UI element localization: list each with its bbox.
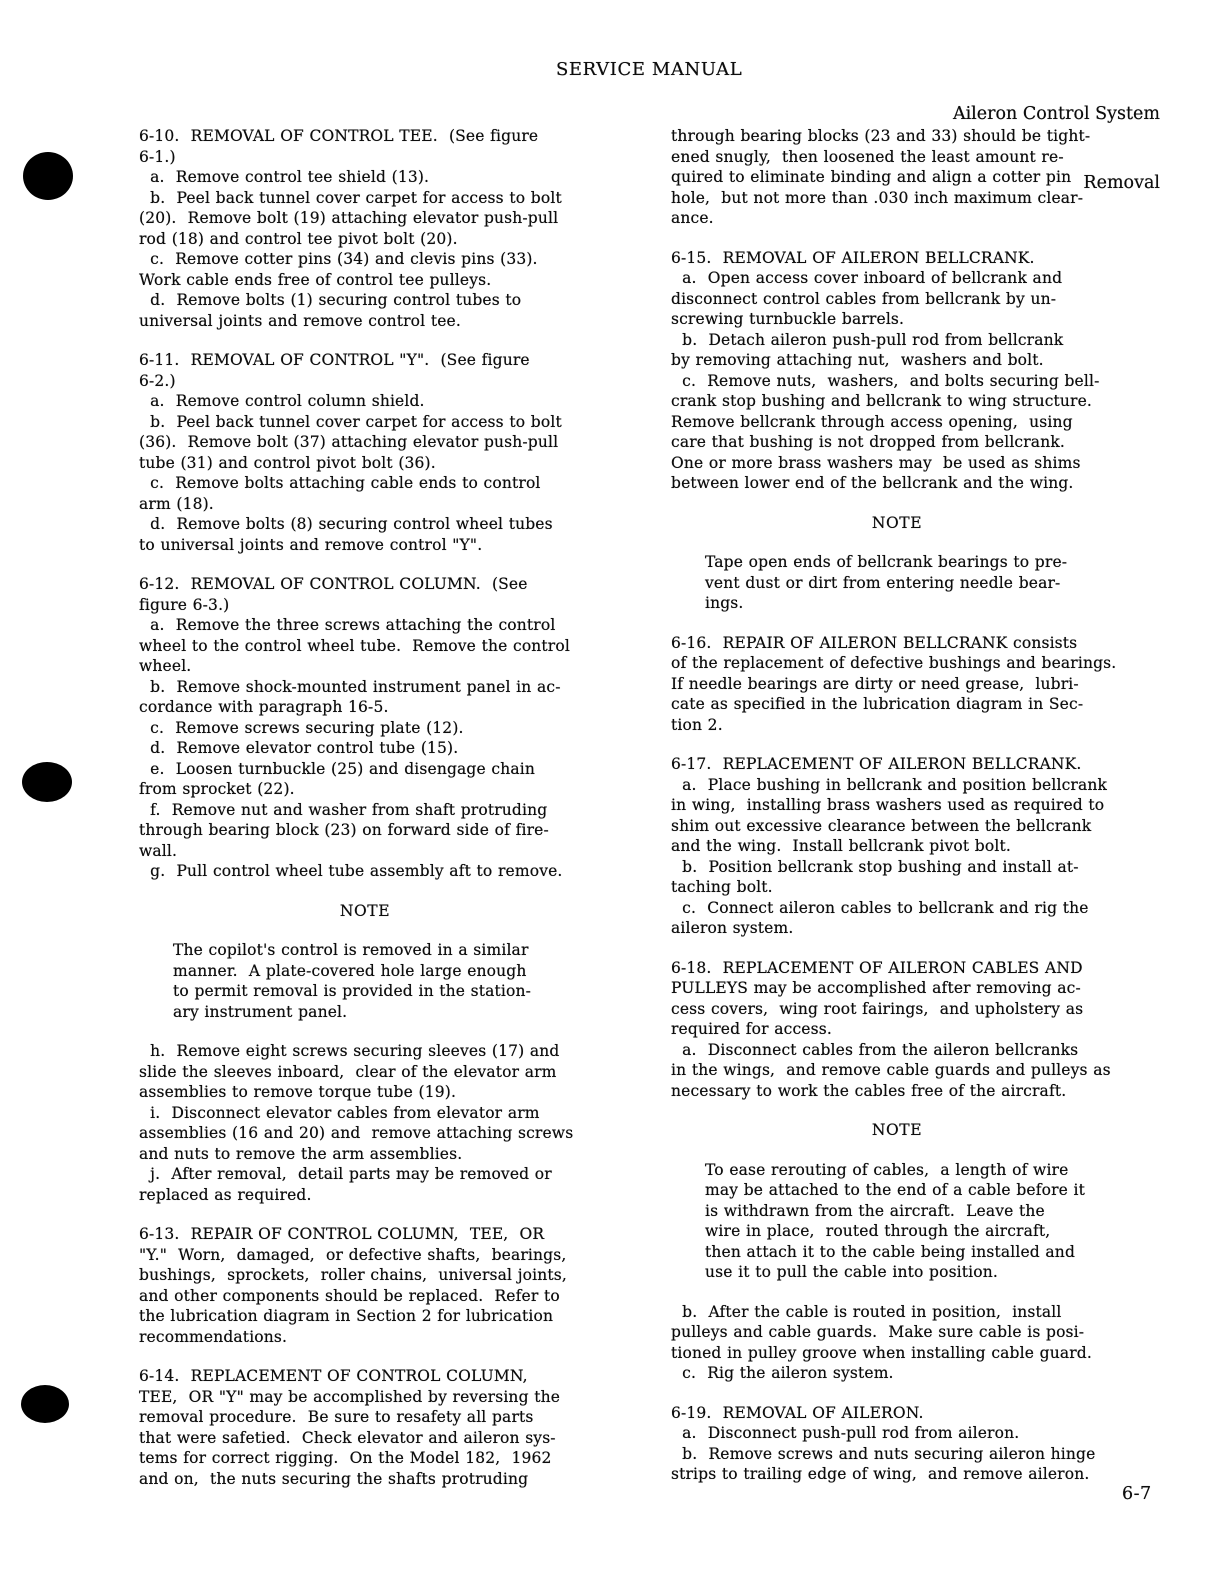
paragraph: 6-13. REPAIR OF CONTROL COLUMN, TEE, OR …	[139, 1224, 591, 1347]
note-heading: NOTE	[139, 901, 591, 922]
text-column-left: 6-10. REMOVAL OF CONTROL TEE. (See figur…	[139, 126, 591, 1508]
paragraph: 6-16. REPAIR OF AILERON BELLCRANK consis…	[671, 633, 1123, 736]
paragraph: 6-12. REMOVAL OF CONTROL COLUMN. (See fi…	[139, 574, 591, 882]
note-body: To ease rerouting of cables, a length of…	[705, 1160, 1123, 1283]
paragraph: 6-18. REPLACEMENT OF AILERON CABLES AND …	[671, 958, 1123, 1102]
paragraph: 6-10. REMOVAL OF CONTROL TEE. (See figur…	[139, 126, 591, 331]
page-number: 6-7	[1122, 1484, 1152, 1504]
paragraph: 6-11. REMOVAL OF CONTROL "Y". (See figur…	[139, 350, 591, 555]
manual-page: SERVICE MANUAL Aileron Control System Re…	[0, 0, 1220, 1580]
text-column-right: through bearing blocks (23 and 33) shoul…	[671, 126, 1123, 1504]
note-heading: NOTE	[671, 1120, 1123, 1141]
paragraph: 6-15. REMOVAL OF AILERON BELLCRANK. a. O…	[671, 248, 1123, 494]
header-section-line1: Aileron Control System	[953, 103, 1160, 126]
paragraph: b. After the cable is routed in position…	[671, 1302, 1123, 1384]
paragraph: 6-17. REPLACEMENT OF AILERON BELLCRANK. …	[671, 754, 1123, 939]
binder-hole	[21, 1385, 69, 1423]
paragraph: h. Remove eight screws securing sleeves …	[139, 1041, 591, 1205]
page-header-title: SERVICE MANUAL	[556, 59, 742, 80]
note-body: The copilot's control is removed in a si…	[173, 940, 591, 1022]
note-heading: NOTE	[671, 513, 1123, 534]
paragraph: through bearing blocks (23 and 33) shoul…	[671, 126, 1123, 229]
paragraph: 6-14. REPLACEMENT OF CONTROL COLUMN, TEE…	[139, 1366, 591, 1489]
paragraph: 6-19. REMOVAL OF AILERON. a. Disconnect …	[671, 1403, 1123, 1485]
note-body: Tape open ends of bellcrank bearings to …	[705, 552, 1123, 614]
binder-hole	[22, 762, 72, 802]
binder-hole	[23, 152, 73, 200]
